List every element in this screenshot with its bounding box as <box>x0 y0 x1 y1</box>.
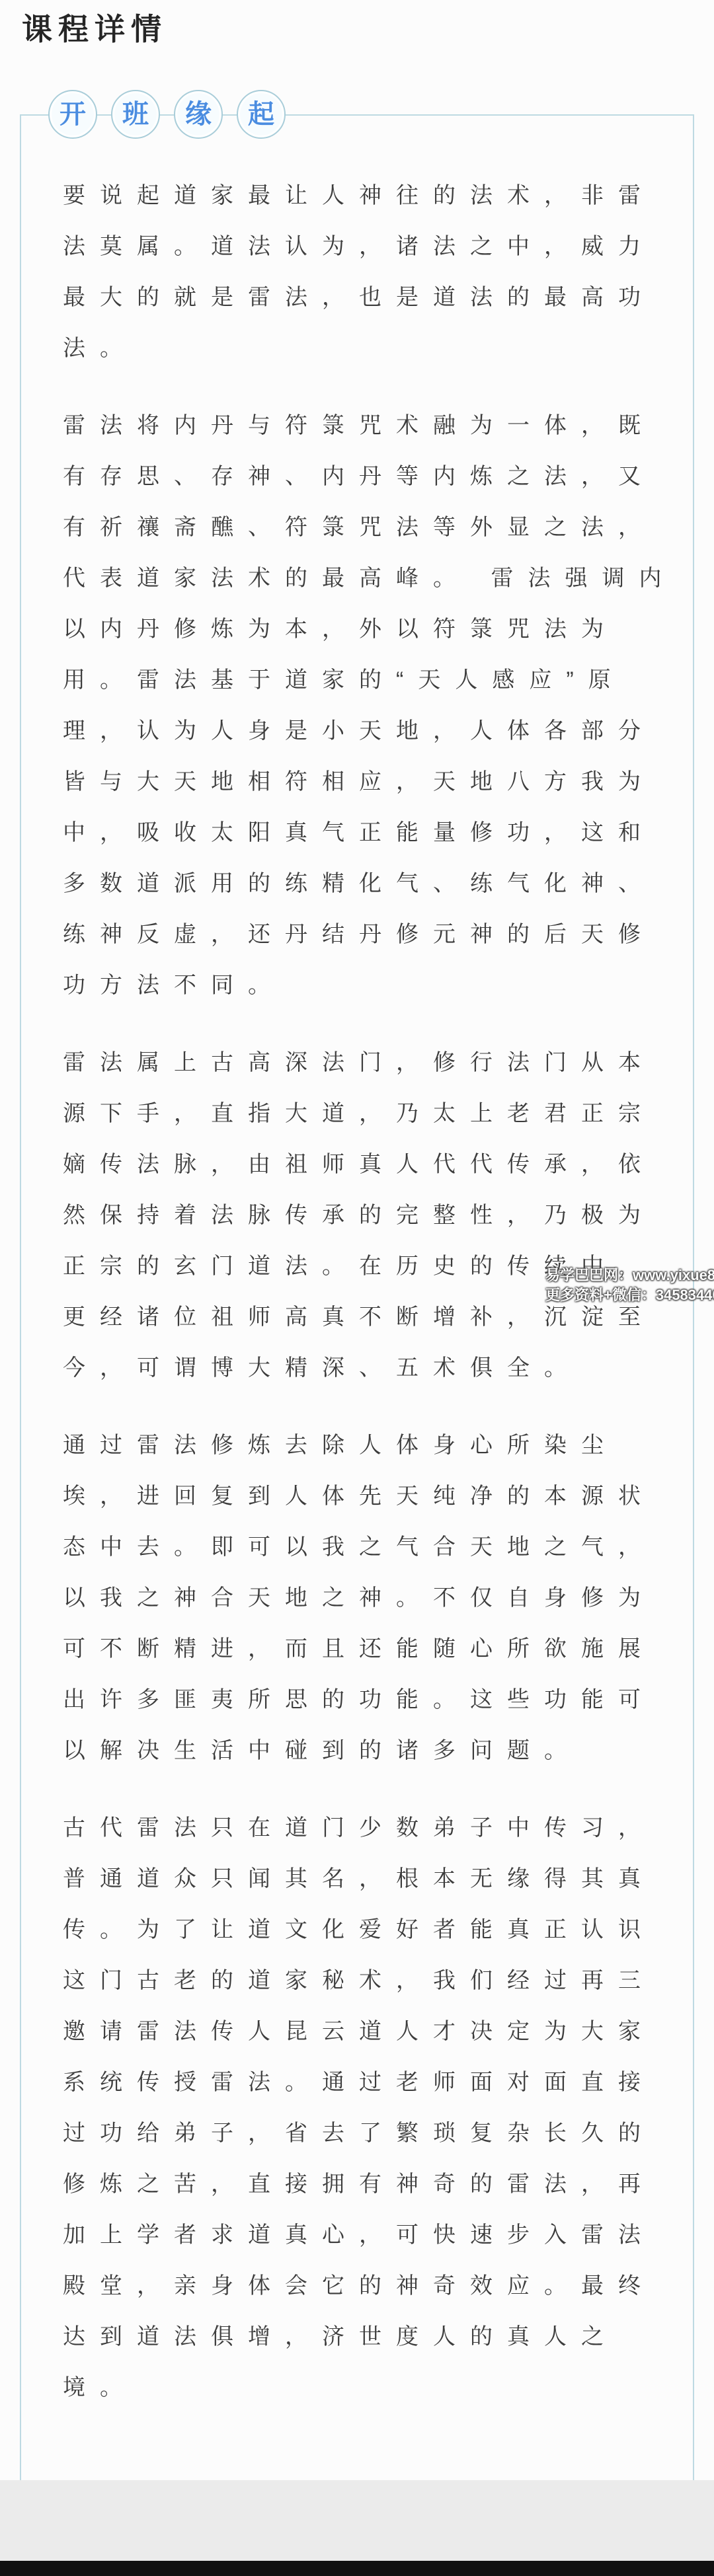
badge-circle: 班 <box>111 90 160 139</box>
footer-gray-strip <box>0 2480 714 2561</box>
badge-char: 缘 <box>185 101 212 128</box>
badge-char: 开 <box>59 101 86 128</box>
badge-char: 班 <box>122 101 149 128</box>
watermark-wechat-line: 更多资料+微信：3458344044 <box>545 1285 714 1305</box>
watermark-overlay: 易学巴巴网：www.yixue88.cn 更多资料+微信：3458344044 <box>545 1266 714 1305</box>
paragraph: 雷法将内丹与符箓咒术融为一体，既有存思、存神、内丹等内炼之法，又有祈禳斋醮、符箓… <box>63 400 691 1011</box>
paragraph: 要说起道家最让人神往的法术，非雷法莫属。道法认为，诸法之中，威力最大的就是雷法，… <box>63 170 691 374</box>
paragraph: 通过雷法修炼去除人体身心所染尘埃，进回复到人体先天纯净的本源状态中去。即可以我之… <box>63 1420 691 1776</box>
paragraph: 雷法属上古高深法门，修行法门从本源下手，直指大道，乃太上老君正宗嫡传法脉，由祖师… <box>63 1038 691 1394</box>
page-title: 课程详情 <box>22 5 167 49</box>
badge-circle: 缘 <box>174 90 223 139</box>
course-detail-page: 课程详情 开班缘起 要说起道家最让人神往的法术，非雷法莫属。道法认为，诸法之中，… <box>0 0 714 2576</box>
watermark-site-line: 易学巴巴网：www.yixue88.cn <box>545 1266 714 1285</box>
bottom-black-bar <box>0 2561 714 2576</box>
course-intro-text: 要说起道家最让人神往的法术，非雷法莫属。道法认为，诸法之中，威力最大的就是雷法，… <box>21 116 693 2413</box>
paragraph: 古代雷法只在道门少数弟子中传习，普通道众只闻其名，根本无缘得其真传。为了让道文化… <box>63 1803 691 2413</box>
section-badge-row: 开班缘起 <box>48 90 286 139</box>
badge-circle: 开 <box>48 90 97 139</box>
badge-circle: 起 <box>237 90 286 139</box>
badge-char: 起 <box>248 101 274 128</box>
